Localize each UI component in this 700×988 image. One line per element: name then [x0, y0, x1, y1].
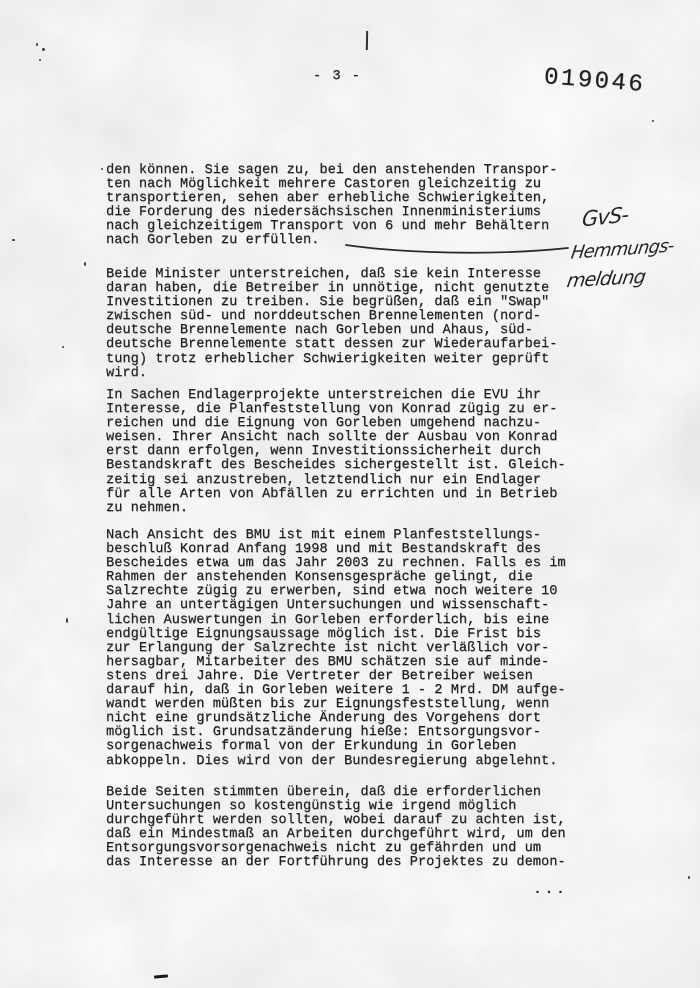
- handwritten-underline: [342, 239, 574, 259]
- paragraph-minister-swap: Beide Minister unterstreichen, daß sie k…: [106, 268, 557, 381]
- scan-speck: [12, 239, 15, 241]
- handwritten-annotation-line-1: GvS-: [581, 202, 629, 231]
- scan-speck: [42, 48, 45, 51]
- registration-mark: [366, 31, 368, 50]
- scan-speck: [39, 59, 41, 61]
- scan-speck: [66, 618, 68, 623]
- paragraph-endlagerprojekte: In Sachen Endlagerprojekte unterstreiche…: [106, 389, 566, 516]
- paragraph-castor-transporte: den können. Sie sagen zu, bei den ansteh…: [106, 164, 557, 249]
- scan-speck: [652, 120, 654, 122]
- continuation-ellipsis: ...: [533, 881, 568, 898]
- scan-speck: [101, 168, 103, 170]
- page-number: - 3 -: [313, 69, 361, 84]
- scan-speck: [36, 43, 38, 46]
- handwritten-annotation-line-3: meldung: [565, 266, 647, 292]
- scan-speck: [688, 876, 690, 879]
- paragraph-kostenguenstig: Beide Seiten stimmten überein, daß die e…: [106, 786, 566, 871]
- scanned-document-page: - 3 - 019046 den können. Sie sagen zu, b…: [0, 0, 700, 988]
- paragraph-bmu-zeitplan: Nach Ansicht des BMU ist mit einem Planf…: [106, 529, 566, 769]
- scan-speck: [84, 262, 86, 266]
- scan-speck: [62, 346, 64, 348]
- scan-artifact-mark: [154, 974, 168, 978]
- stamp-number: 019046: [543, 64, 646, 99]
- handwritten-annotation-line-2: Hemmungs-: [570, 235, 675, 263]
